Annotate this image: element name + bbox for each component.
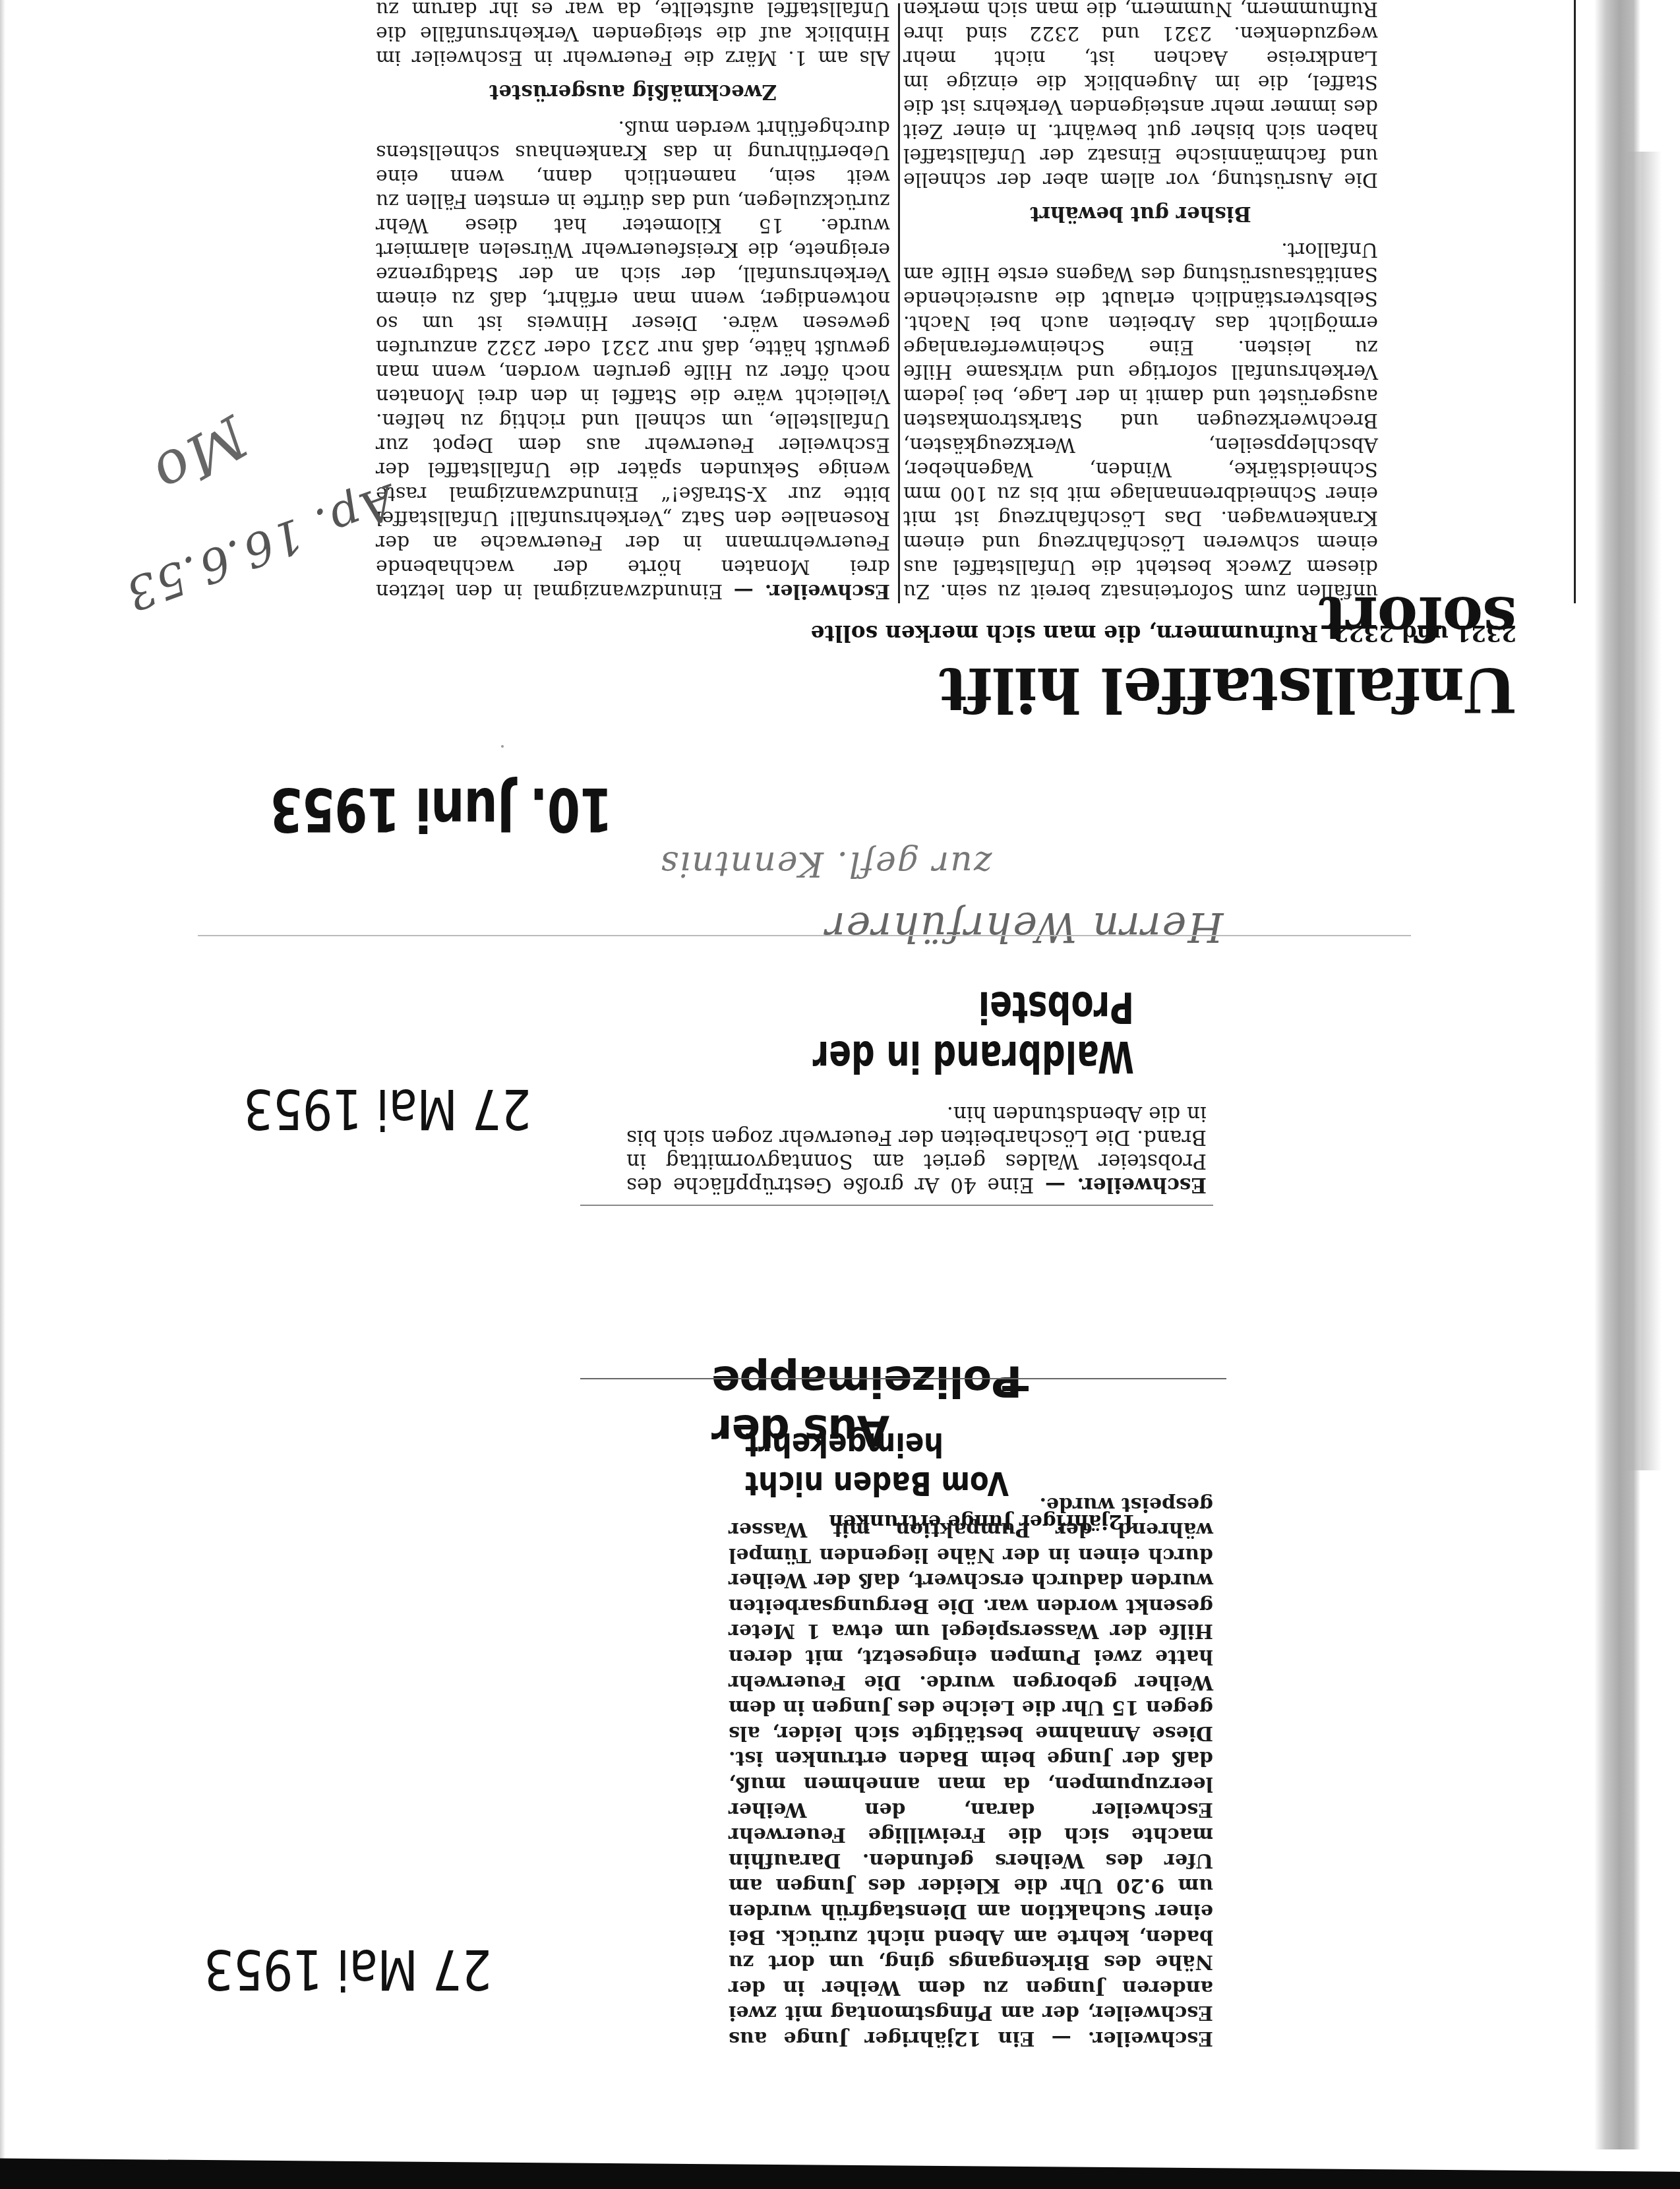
scan-bottom-edge bbox=[0, 2151, 1680, 2189]
column-rule-outer bbox=[1574, 0, 1576, 603]
article-headline: Waldbrand in der Probstei bbox=[673, 982, 1134, 1081]
paragraph: Als am 1. März die Feuerwehr in Eschweil… bbox=[376, 0, 890, 70]
clipping-edge bbox=[580, 1205, 1213, 1206]
paragraph: Einundzwanzigmal in den letzten drei Mon… bbox=[376, 116, 890, 603]
article-headline: Unfallstaffel hilft sofort bbox=[791, 583, 1516, 725]
handwritten-note-line-2: zur gefl. Kenntnis bbox=[659, 844, 992, 884]
article-body: Eschweiler. — Eine 40 Ar große Gestrüppf… bbox=[626, 1102, 1207, 1197]
handwritten-date-note: Ap. 16.6.53 bbox=[118, 474, 402, 622]
paragraph: Ein 12jähriger Junge aus Eschweiler, der… bbox=[729, 1493, 1213, 2050]
dateline: Eschweiler. — bbox=[1052, 2027, 1213, 2050]
dateline: Eschweiler. — bbox=[1045, 1173, 1207, 1197]
date-stamp: 10. Juni 1953 bbox=[270, 775, 613, 844]
article-column-2: unfällen zum Soforteinsatz bereit zu sei… bbox=[903, 0, 1378, 603]
binding-shadow-secondary bbox=[1622, 152, 1662, 1470]
paragraph: Die Ausrüstung, vor allem aber der schne… bbox=[903, 0, 1378, 192]
handwritten-initials: Mo bbox=[141, 402, 259, 510]
clipping-waldbrand: Waldbrand in der Probstei Eschweiler. — … bbox=[580, 1038, 1213, 1203]
section-heading: Bisher gut bewährt bbox=[903, 201, 1378, 225]
handwritten-note-line-1: Herrn Wehrführer bbox=[824, 903, 1223, 951]
paragraph: unfällen zum Soforteinsatz bereit zu sei… bbox=[903, 237, 1378, 603]
clipping-edge bbox=[580, 1378, 1226, 1379]
clipping-polizeimappe: Aus der Polizeimappe Vom Baden nicht hei… bbox=[712, 1368, 1226, 2060]
date-stamp: 27 Mai 1953 bbox=[244, 1077, 531, 1141]
article-subheadline: 2321 und 2322, Rufnummern, die man sich … bbox=[396, 620, 1516, 646]
kicker-dash bbox=[1002, 1386, 1029, 1391]
divider bbox=[198, 935, 1411, 936]
speck bbox=[666, 389, 669, 392]
date-stamp: 27 Mai 1953 bbox=[204, 1938, 492, 2002]
article-body: Eschweiler. — Ein 12jähriger Junge aus E… bbox=[729, 1491, 1213, 2051]
dateline: Eschweiler. — bbox=[734, 580, 890, 603]
section-heading: Zweckmäßig ausgerüstet bbox=[376, 79, 890, 104]
speck bbox=[501, 745, 504, 748]
column-rule bbox=[898, 3, 900, 603]
scan-left-edge bbox=[0, 0, 5, 2189]
article-column-1: Eschweiler. — Einundzwanzigmal in den le… bbox=[376, 0, 890, 603]
clipping-unfallstaffel: Unfallstaffel hilft sofort 2321 und 2322… bbox=[369, 0, 1576, 752]
